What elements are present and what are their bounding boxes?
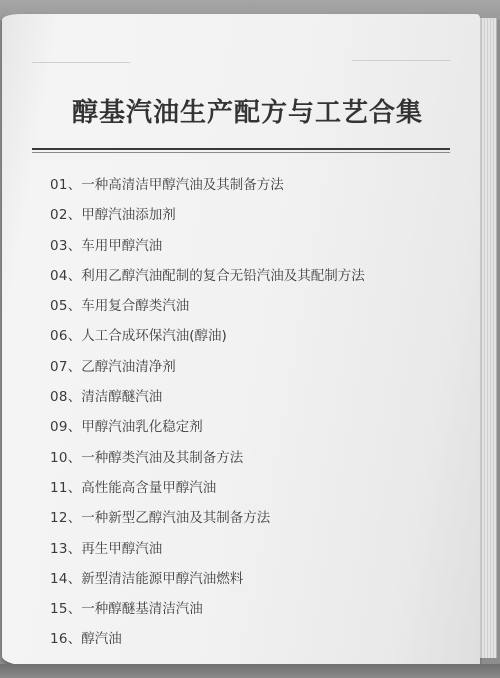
toc-item: 01、一种高清洁甲醇汽油及其制备方法 <box>50 170 365 200</box>
decorative-line-left <box>32 62 130 63</box>
toc-item: 11、高性能高含量甲醇汽油 <box>50 473 365 503</box>
toc-item: 05、车用复合醇类汽油 <box>50 291 365 321</box>
toc-item: 14、新型清洁能源甲醇汽油燃料 <box>50 564 365 594</box>
toc-item: 13、再生甲醇汽油 <box>50 534 365 564</box>
toc-item: 12、一种新型乙醇汽油及其制备方法 <box>50 503 365 533</box>
table-of-contents: 01、一种高清洁甲醇汽油及其制备方法 02、甲醇汽油添加剂 03、车用甲醇汽油 … <box>50 170 365 655</box>
toc-item: 03、车用甲醇汽油 <box>50 231 365 261</box>
title-divider-thick <box>32 148 450 150</box>
toc-item: 04、利用乙醇汽油配制的复合无铅汽油及其配制方法 <box>50 261 365 291</box>
document-title: 醇基汽油生产配方与工艺合集 <box>72 92 432 129</box>
background-bottom <box>0 664 500 678</box>
toc-item: 15、一种醇醚基清洁汽油 <box>50 594 365 624</box>
toc-item: 02、甲醇汽油添加剂 <box>50 200 365 230</box>
toc-item: 10、一种醇类汽油及其制备方法 <box>50 443 365 473</box>
toc-item: 08、清洁醇醚汽油 <box>50 382 365 412</box>
book-page: 醇基汽油生产配方与工艺合集 01、一种高清洁甲醇汽油及其制备方法 02、甲醇汽油… <box>2 14 480 666</box>
toc-item: 16、醇汽油 <box>50 624 365 654</box>
toc-item: 06、人工合成环保汽油(醇油) <box>50 321 365 351</box>
title-divider-thin <box>32 152 450 153</box>
toc-item: 09、甲醇汽油乳化稳定剂 <box>50 412 365 442</box>
decorative-line-right <box>352 60 450 61</box>
toc-item: 07、乙醇汽油清净剂 <box>50 352 365 382</box>
